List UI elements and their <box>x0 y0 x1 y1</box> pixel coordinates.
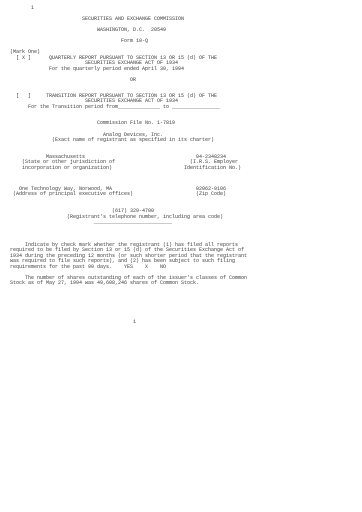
paragraph-line-yes-no: requirements for the past 90 days. YES X… <box>10 265 247 271</box>
transition-checkbox: [ ] <box>16 94 31 100</box>
filing-requirements-paragraph: Indicate by check mark whether the regis… <box>10 243 247 271</box>
sec-agency-title: SECURITIES AND EXCHANGE COMMISSION <box>82 17 184 23</box>
document-page: 1 SECURITIES AND EXCHANGE COMMISSION WAS… <box>0 0 362 512</box>
sec-location: WASHINGTON, D.C. 20549 <box>97 28 166 34</box>
quarterly-period-line: For the quarterly period ended April 30,… <box>49 67 184 73</box>
irs-caption-line2: Identification No.) <box>184 166 241 172</box>
underline-divider: __________________________ <box>94 220 172 226</box>
shares-outstanding-paragraph: The number of shares outstanding of each… <box>10 276 247 287</box>
zip-caption: (Zip Code) <box>196 192 226 198</box>
commission-file-number: Commission File No. 1-7819 <box>97 121 175 127</box>
or-separator: OR <box>130 78 136 84</box>
top-page-marker: 1 <box>31 6 34 12</box>
transition-period-line: For the Transition period from__________… <box>28 105 220 111</box>
state-caption-line2: incorporation or organization) <box>22 166 112 172</box>
company-name-caption: (Exact name of registrant as specified i… <box>52 138 214 144</box>
quarterly-checkbox: [ X ] <box>16 56 31 62</box>
address-caption: (Address of principal executive offices) <box>13 192 133 198</box>
bottom-page-number: 1 <box>133 320 136 326</box>
paragraph-line: Stock as of May 27, 1994 was 49,608,246 … <box>10 281 247 287</box>
form-type: Form 10-Q <box>121 39 148 45</box>
